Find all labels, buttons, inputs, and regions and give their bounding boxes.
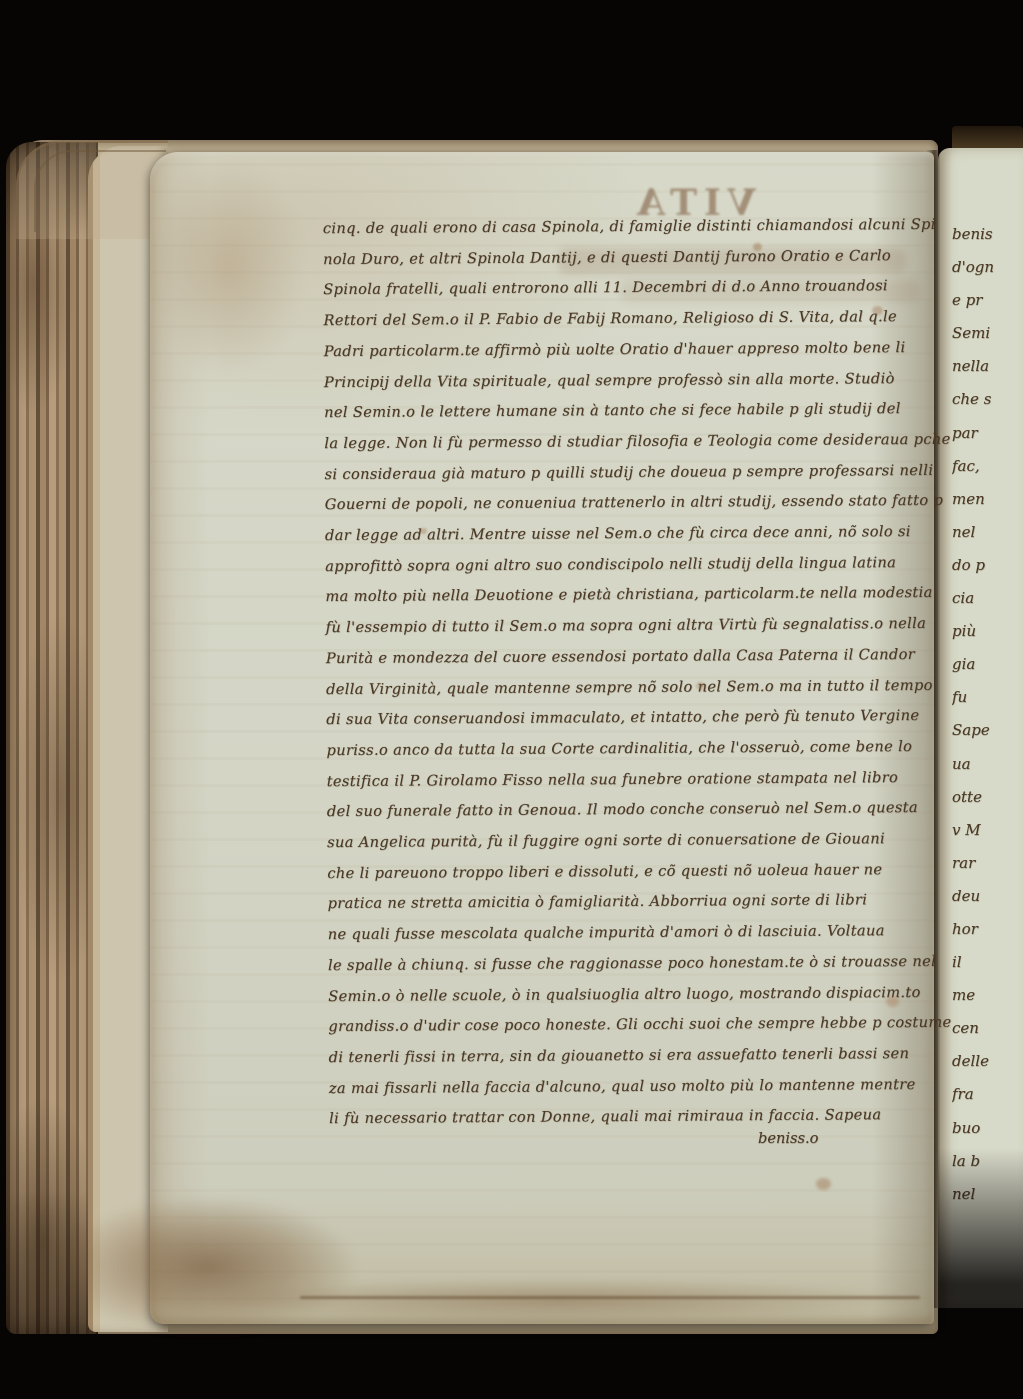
next-page-shadow	[938, 1148, 1023, 1308]
manuscript-line: Rettori del Sem.o il P. Fabio de Fabij R…	[323, 302, 929, 337]
stain	[58, 1196, 358, 1336]
manuscript-line: pratica ne stretta amicitia ò famigliari…	[327, 885, 933, 920]
manuscript-line: nola Duro, et altri Spinola Dantij, e di…	[323, 241, 929, 276]
next-page-line: v M	[952, 814, 1023, 847]
next-page-line: men	[952, 483, 1023, 516]
next-page-line: d'ogn	[952, 251, 1023, 284]
next-page-line: che s	[952, 383, 1023, 416]
next-page-line: benis	[952, 218, 1023, 251]
next-page-line: Semi	[952, 317, 1023, 350]
next-page-line: do p	[952, 549, 1023, 582]
next-page-text-column: benisd'ogne prSeminellache sparfac,menne…	[952, 218, 1023, 1218]
manuscript-line: Semin.o ò nelle scuole, ò in qualsiuogli…	[328, 977, 934, 1012]
next-page-line: cia	[952, 582, 1023, 615]
next-page-line: buo	[952, 1112, 1023, 1145]
next-page-line: otte	[952, 781, 1023, 814]
manuscript-line: le spalle à chiunq. si fusse che raggion…	[328, 947, 934, 982]
next-page-line: nella	[952, 350, 1023, 383]
next-page-line: par	[952, 417, 1023, 450]
manuscript-line: za mai fissarli nella faccia d'alcuno, q…	[329, 1070, 935, 1105]
next-page-line: ua	[952, 748, 1023, 781]
stain	[300, 1296, 920, 1299]
manuscript-line: li fù necessario trattar con Donne, qual…	[329, 1100, 935, 1135]
curled-page-corner	[34, 150, 166, 232]
manuscript-line: della Virginità, quale mantenne sempre n…	[326, 670, 932, 705]
next-page-line: fu	[952, 681, 1023, 714]
book-photo: benisd'ogne prSeminellache sparfac,menne…	[0, 0, 1023, 1399]
manuscript-line: grandiss.o d'udir cose poco honeste. Gli…	[328, 1008, 934, 1043]
manuscript-line: di tenerli fissi in terra, sin da giouan…	[329, 1039, 935, 1074]
next-page-line: e pr	[952, 284, 1023, 317]
next-page-line: fac,	[952, 450, 1023, 483]
stain	[154, 158, 304, 378]
next-page-line: deu	[952, 880, 1023, 913]
fox-spot	[872, 306, 883, 315]
manuscript-line: puriss.o anco da tutta la sua Corte card…	[326, 732, 932, 767]
next-page-line: gia	[952, 648, 1023, 681]
manuscript-line: ma molto più nella Deuotione e pietà chr…	[325, 578, 931, 613]
manuscript-line: Padri particolarm.te affirmò più uolte O…	[324, 333, 930, 368]
next-page-line: me	[952, 979, 1023, 1012]
fox-spot	[753, 243, 762, 251]
manuscript-line: cinq. de quali erono di casa Spinola, di…	[323, 210, 929, 245]
next-page-line: delle	[952, 1045, 1023, 1078]
manuscript-line: fù l'essempio di tutto il Sem.o ma sopra…	[326, 609, 932, 644]
fox-spot	[816, 1178, 831, 1190]
manuscript-text: cinq. de quali erono di casa Spinola, di…	[323, 210, 936, 1154]
next-page: benisd'ogne prSeminellache sparfac,menne…	[938, 148, 1023, 1308]
fox-spot	[886, 996, 899, 1007]
manuscript-line: Spinola fratelli, quali entrorono alli 1…	[323, 271, 929, 306]
manuscript-line: che li pareuono troppo liberi e dissolut…	[327, 855, 933, 890]
manuscript-line: sua Angelica purità, fù il fuggire ogni …	[327, 824, 933, 859]
manuscript-line: la legge. Non li fù permesso di studiar …	[324, 425, 930, 460]
manuscript-line: si consideraua già maturo p quilli studi…	[324, 456, 930, 491]
next-page-line: il	[952, 946, 1023, 979]
page-edge-staining	[6, 142, 98, 1334]
manuscript-line: Principij della Vita spirituale, qual se…	[324, 363, 930, 398]
next-page-line: rar	[952, 847, 1023, 880]
next-page-line: più	[952, 615, 1023, 648]
fox-spot	[696, 682, 705, 690]
manuscript-line: approfittò sopra ogni altro suo condisci…	[325, 548, 931, 583]
manuscript-line: di sua Vita conseruandosi immaculato, et…	[326, 701, 932, 736]
manuscript-line: Purità e mondezza del cuore essendosi po…	[326, 640, 932, 675]
manuscript-line: testifica il P. Girolamo Fisso nella sua…	[327, 763, 933, 798]
manuscript-line: dar legge ad altri. Mentre uisse nel Sem…	[325, 517, 931, 552]
manuscript-line: nel Semin.o le lettere humane sin à tant…	[324, 394, 930, 429]
next-page-line: Sape	[952, 714, 1023, 747]
manuscript-line: del suo funerale fatto in Genoua. Il mod…	[327, 793, 933, 828]
catchword: beniss.o	[758, 1130, 818, 1147]
next-page-line: hor	[952, 913, 1023, 946]
manuscript-line: Gouerni de popoli, ne conueniua trattene…	[325, 486, 931, 521]
next-page-line: fra	[952, 1078, 1023, 1111]
fox-spot	[420, 528, 427, 534]
next-page-line: cen	[952, 1012, 1023, 1045]
next-page-line: nel	[952, 516, 1023, 549]
main-page: VITA cinq. de quali erono di casa Spinol…	[150, 152, 934, 1324]
manuscript-line: ne quali fusse mescolata qualche impurit…	[328, 916, 934, 951]
